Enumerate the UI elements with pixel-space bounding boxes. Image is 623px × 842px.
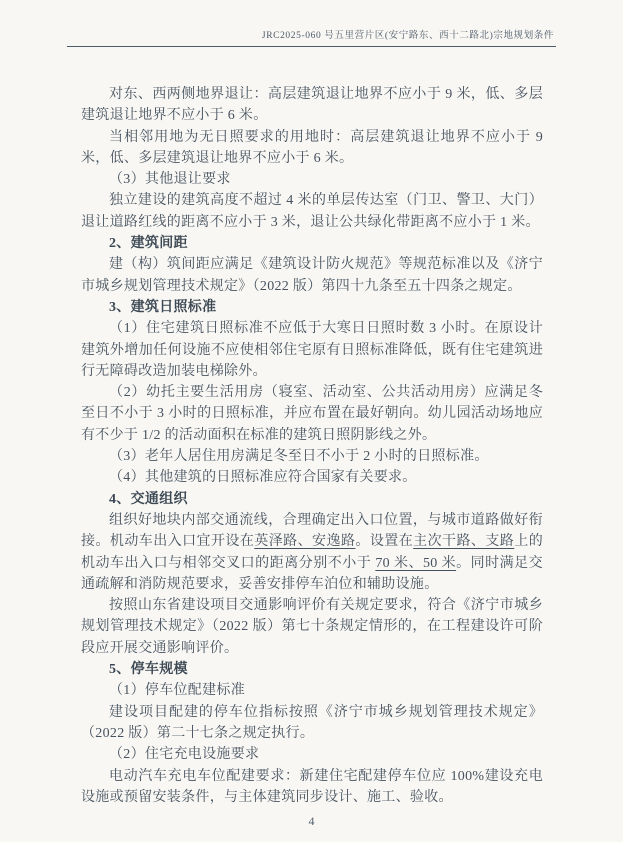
page-header-title: JRC2025-060 号五里营片区(安宁路东、西十二路北)宗地规划条件 bbox=[262, 27, 554, 41]
text-run: （2）住宅充电设施要求 bbox=[109, 747, 259, 762]
paragraph: 当相邻用地为无日照要求的用地时：高层建筑退让地界不应小于 9 米，低、多层建筑退… bbox=[81, 127, 543, 170]
section-heading: 4、交通组织 bbox=[81, 489, 543, 510]
paragraph: 对东、西两侧地界退让：高层建筑退让地界不应小于 9 米，低、多层建筑退让地界不应… bbox=[81, 84, 543, 127]
paragraph: 建（构）筑间距应满足《建筑设计防火规范》等规范标准以及《济宁市城乡规划管理技术规… bbox=[81, 254, 543, 297]
paragraph: （1）住宅建筑日照标准不应低于大寒日日照时数 3 小时。在原设计建筑外增加任何设… bbox=[81, 318, 543, 382]
text-run: 建（构）筑间距应满足《建筑设计防火规范》等规范标准以及《济宁市城乡规划管理技术规… bbox=[81, 257, 543, 293]
text-run: （3）老年人居住用房满足冬至日不小于 2 小时的日照标准。 bbox=[109, 449, 489, 464]
text-run: 按照山东省建设项目交通影响评价有关规定要求，符合《济宁市城乡规划管理技术规定》（… bbox=[81, 598, 543, 656]
paragraph: （2）幼托主要生活用房（寝室、活动室、公共活动用房）应满足冬至日不小于 3 小时… bbox=[81, 382, 543, 446]
paragraph: （1）停车位配建标准 bbox=[81, 680, 543, 701]
text-run: （3）其他退让要求 bbox=[109, 172, 231, 187]
paragraph: 组织好地块内部交通流线，合理确定出入口位置，与城市道路做好衔接。机动车出入口宜开… bbox=[81, 510, 543, 595]
document-page: JRC2025-060 号五里营片区(安宁路东、西十二路北)宗地规划条件 对东、… bbox=[0, 0, 623, 842]
paragraph: 电动汽车充电车位配建要求：新建住宅配建停车位应 100%建设充电设施或预留安装条… bbox=[81, 766, 543, 809]
text-run: 建设项目配建的停车位指标按照《济宁市城乡规划管理技术规定》（2022 版）第二十… bbox=[81, 705, 543, 741]
text-run: 当相邻用地为无日照要求的用地时：高层建筑退让地界不应小于 9 米，低、多层建筑退… bbox=[81, 130, 543, 166]
page-number: 4 bbox=[0, 814, 623, 829]
section-heading: 5、停车规模 bbox=[81, 659, 543, 680]
text-run: 3、建筑日照标准 bbox=[109, 300, 216, 315]
underlined-text: 主次干路、支路 bbox=[413, 534, 514, 549]
paragraph: （2）住宅充电设施要求 bbox=[81, 744, 543, 765]
underlined-text: 英泽路、安逸路 bbox=[254, 534, 355, 549]
text-run: 5、停车规模 bbox=[109, 662, 188, 677]
section-heading: 2、建筑间距 bbox=[81, 233, 543, 254]
text-run: 电动汽车充电车位配建要求：新建住宅配建停车位应 100%建设充电设施或预留安装条… bbox=[81, 769, 543, 805]
paragraph: 按照山东省建设项目交通影响评价有关规定要求，符合《济宁市城乡规划管理技术规定》（… bbox=[81, 595, 543, 659]
text-run: （4）其他建筑的日照标准应符合国家有关要求。 bbox=[109, 470, 417, 485]
text-run: 4、交通组织 bbox=[109, 492, 188, 507]
text-run: （1）停车位配建标准 bbox=[109, 683, 245, 698]
paragraph: （3）其他退让要求 bbox=[81, 169, 543, 190]
text-run: 。设置在 bbox=[355, 534, 413, 549]
section-heading: 3、建筑日照标准 bbox=[81, 297, 543, 318]
paragraph: 建设项目配建的停车位指标按照《济宁市城乡规划管理技术规定》（2022 版）第二十… bbox=[81, 702, 543, 745]
paragraph: （3）老年人居住用房满足冬至日不小于 2 小时的日照标准。 bbox=[81, 446, 543, 467]
underlined-text: 70 米、50 米 bbox=[375, 556, 456, 571]
text-run: （1）住宅建筑日照标准不应低于大寒日日照时数 3 小时。在原设计建筑外增加任何设… bbox=[81, 321, 543, 379]
document-body: 对东、西两侧地界退让：高层建筑退让地界不应小于 9 米，低、多层建筑退让地界不应… bbox=[81, 84, 543, 808]
text-run: 对东、西两侧地界退让：高层建筑退让地界不应小于 9 米，低、多层建筑退让地界不应… bbox=[81, 87, 543, 123]
text-run: （2）幼托主要生活用房（寝室、活动室、公共活动用房）应满足冬至日不小于 3 小时… bbox=[81, 385, 543, 443]
text-run: 2、建筑间距 bbox=[109, 236, 188, 251]
header-rule bbox=[67, 46, 556, 47]
paragraph: （4）其他建筑的日照标准应符合国家有关要求。 bbox=[81, 467, 543, 488]
paragraph: 独立建设的建筑高度不超过 4 米的单层传达室（门卫、警卫、大门）退让道路红线的距… bbox=[81, 190, 543, 233]
text-run: 独立建设的建筑高度不超过 4 米的单层传达室（门卫、警卫、大门）退让道路红线的距… bbox=[81, 193, 543, 229]
